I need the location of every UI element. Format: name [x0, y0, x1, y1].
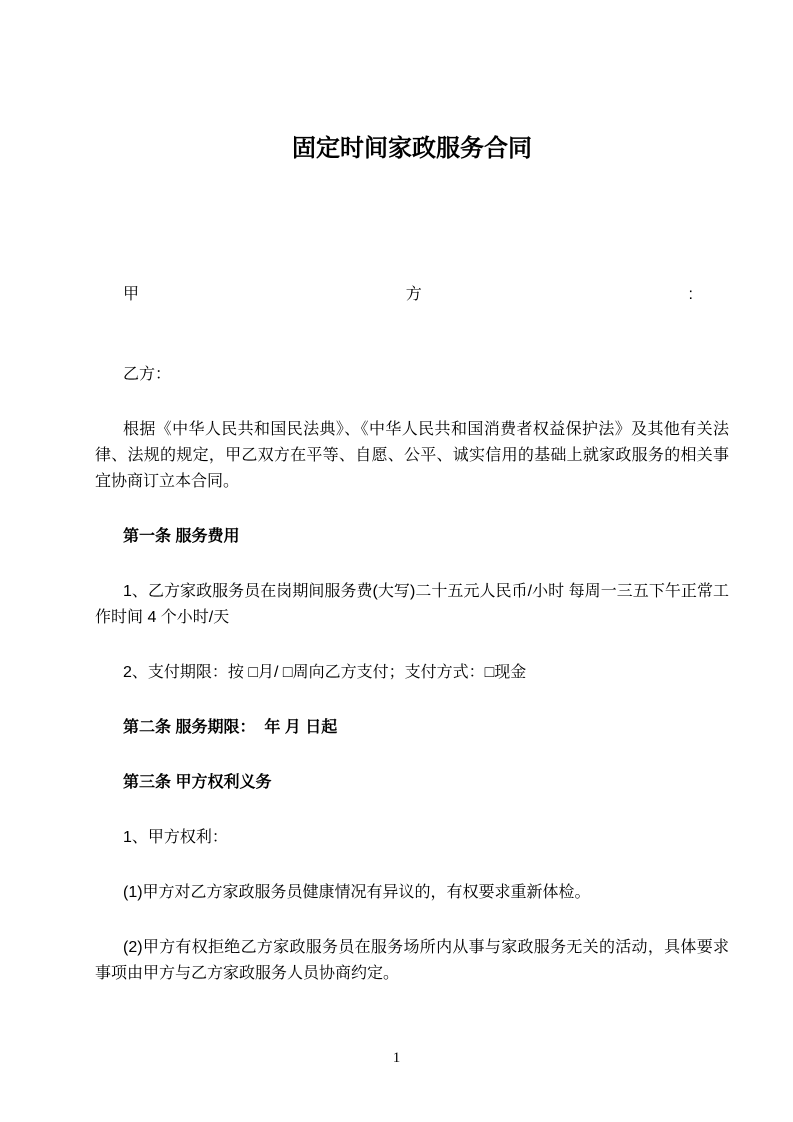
party-a-char-fang: 方: [406, 282, 422, 308]
paragraph-article-1-item-1: 1、乙方家政服务员在岗期间服务费(大写)二十五元人民币/小时 每周一三五下午正常…: [95, 579, 729, 631]
heading-article-3-party-a-rights-obligations: 第三条 甲方权利义务: [95, 770, 729, 796]
paragraph-article-3-item-1-2: (2)甲方有权拒绝乙方家政服务员在服务场所内从事与家政服务无关的活动，具体要求事…: [95, 935, 729, 987]
paragraph-party-b-line: 乙方：: [95, 362, 729, 388]
contract-page: 固定时间家政服务合同 甲 方 : 乙方： 根据《中华人民共和国民法典》、《中华人…: [0, 0, 793, 1122]
paragraph-article-1-item-2-payment-checkboxes: 2、支付期限：按 □月/ □周向乙方支付；支付方式：□现金: [95, 660, 729, 686]
party-a-colon: :: [689, 282, 693, 308]
heading-article-1-service-fee: 第一条 服务费用: [95, 524, 729, 550]
paragraph-article-3-item-1-1: (1)甲方对乙方家政服务员健康情况有异议的，有权要求重新体检。: [95, 880, 729, 906]
party-a-char-jia: 甲: [123, 282, 139, 308]
heading-article-2-service-term: 第二条 服务期限： 年 月 日起: [95, 715, 729, 741]
paragraph-article-3-item-1: 1、甲方权利：: [95, 825, 729, 851]
party-a-line: 甲 方 :: [123, 282, 693, 308]
page-number: 1: [0, 1048, 793, 1068]
document-title: 固定时间家政服务合同: [95, 132, 729, 166]
paragraph-preamble: 根据《中华人民共和国民法典》、《中华人民共和国消费者权益保护法》及其他有关法律、…: [95, 417, 729, 495]
